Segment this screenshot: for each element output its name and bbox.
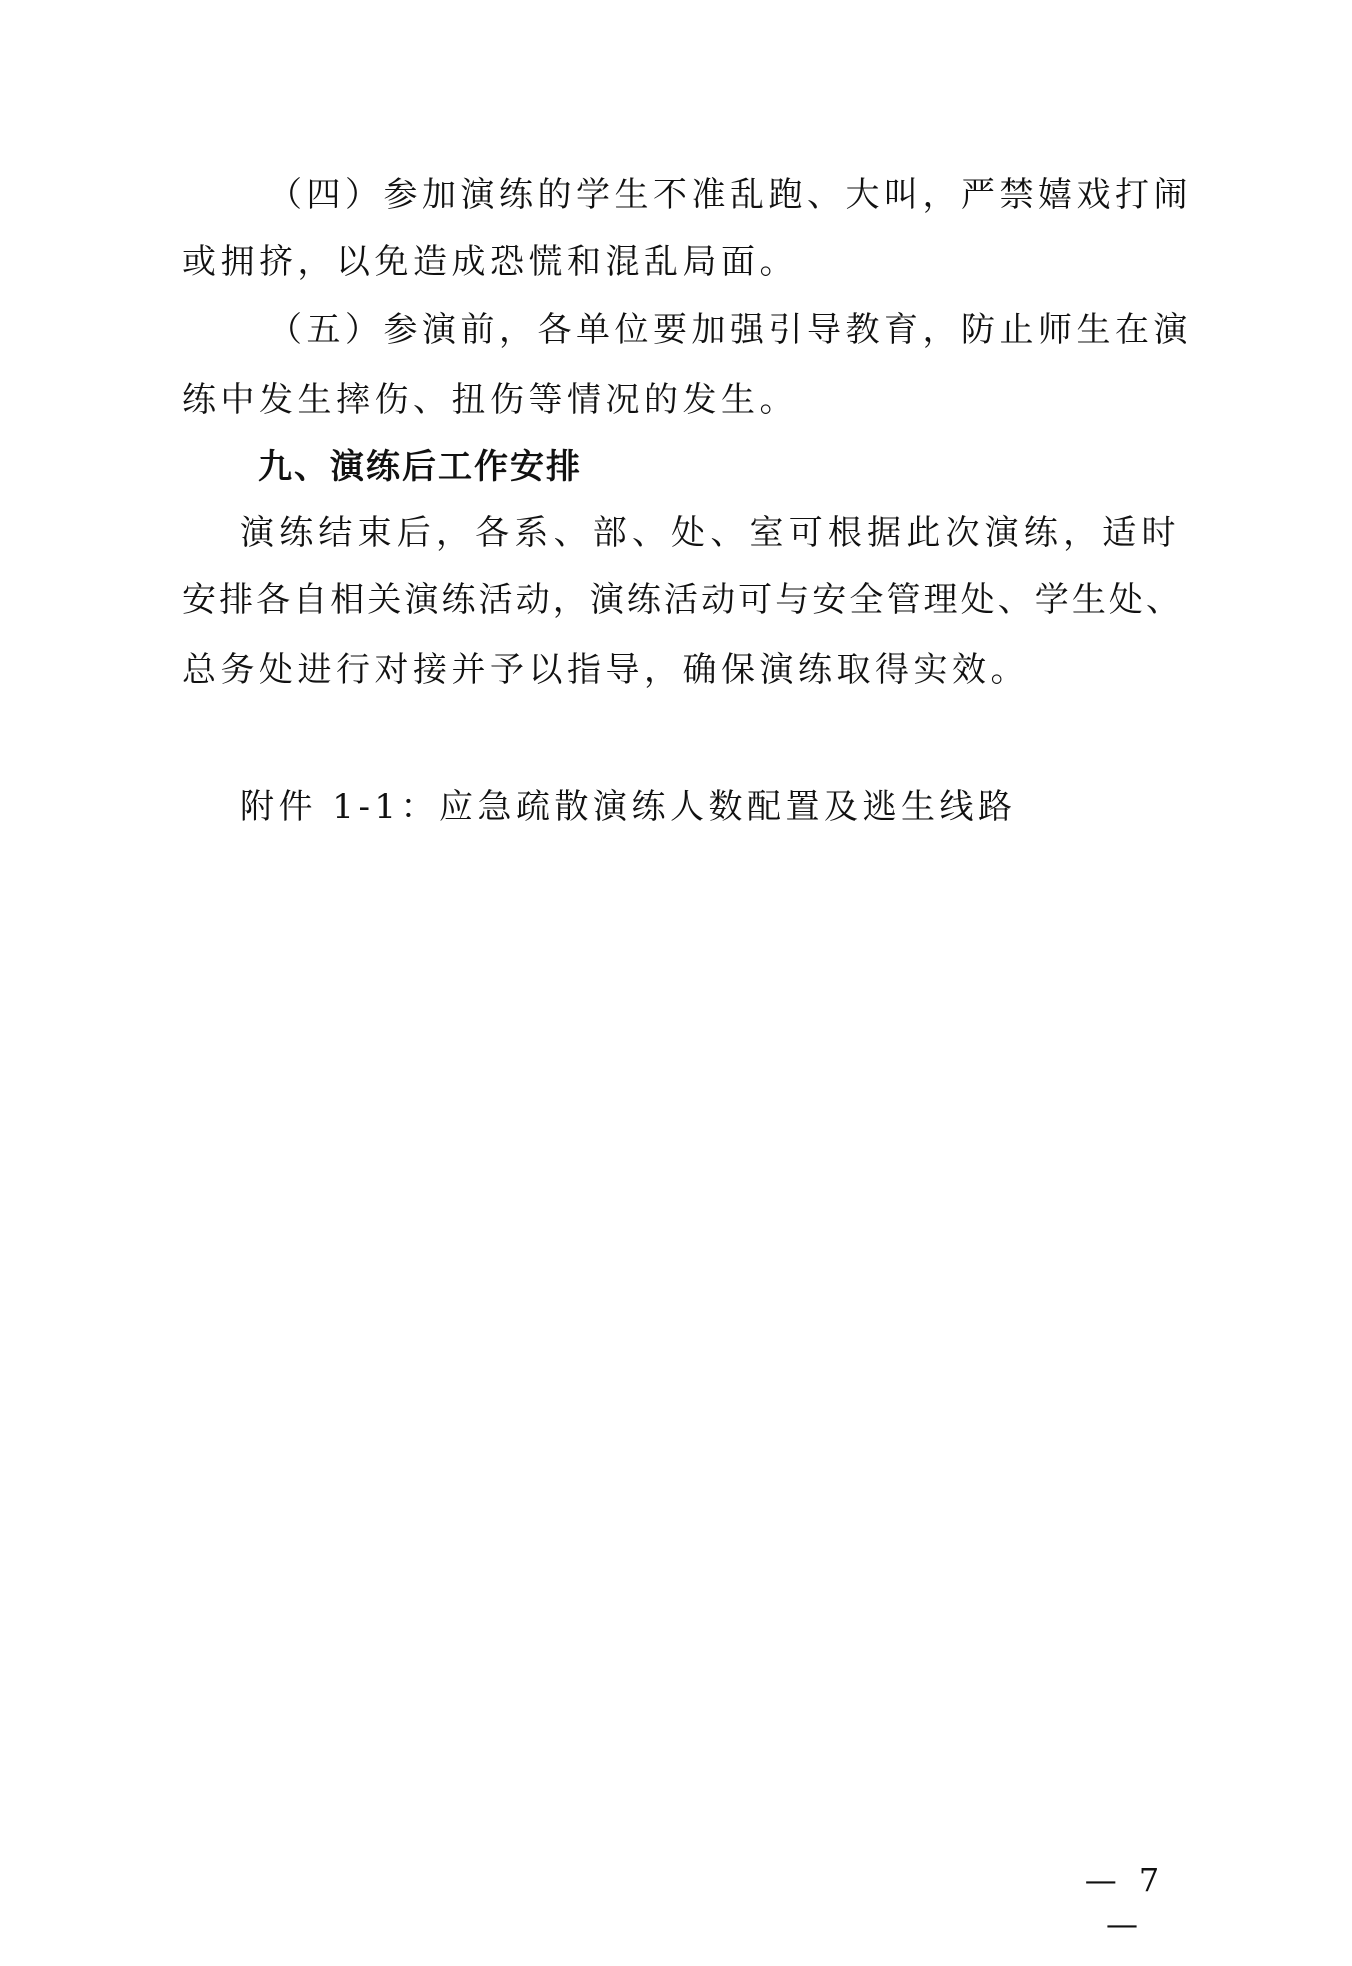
paragraph-4-line-2: 或拥挤，以免造成恐慌和混乱局面。 — [182, 240, 1182, 284]
attachment-note: 附件 1-1：应急疏散演练人数配置及逃生线路 — [240, 785, 1240, 829]
section-body-line-1: 演练结束后，各系、部、处、室可根据此次演练，适时 — [240, 511, 1180, 555]
paragraph-5-line-1: （五）参演前，各单位要加强引导教育，防止师生在演 — [268, 308, 1180, 352]
section-body-line-2: 安排各自相关演练活动，演练活动可与安全管理处、学生处、 — [182, 578, 1182, 622]
page-number: — 7 — — [1060, 1858, 1190, 1946]
section-body-line-3: 总务处进行对接并予以指导，确保演练取得实效。 — [182, 648, 1182, 692]
section-heading: 九、演练后工作安排 — [258, 445, 1258, 489]
paragraph-4-line-1: （四）参加演练的学生不准乱跑、大叫，严禁嬉戏打闹 — [268, 173, 1180, 217]
paragraph-5-line-2: 练中发生摔伤、扭伤等情况的发生。 — [182, 378, 1182, 422]
